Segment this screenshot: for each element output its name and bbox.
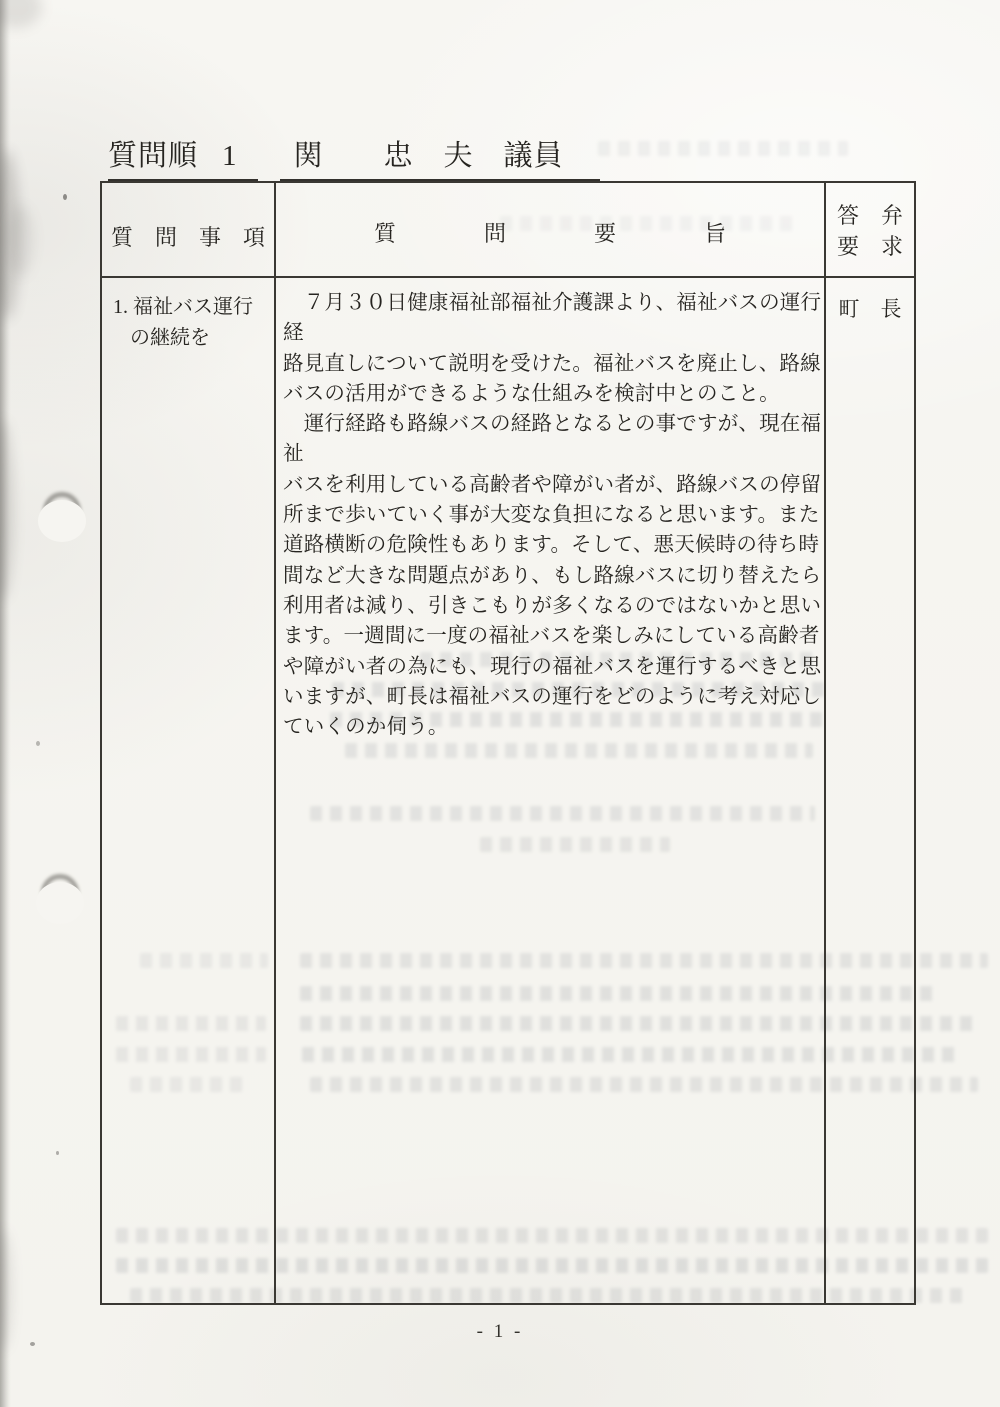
question-table: 質 問 事 項 質 問 要 旨 答 弁 要 求 1. 福祉バス運行 の継続を ７… [100, 181, 916, 1305]
answer-target-cell: 町 長 [826, 278, 914, 1303]
document-header: 質問順1関 忠 夫 議員 [108, 133, 600, 181]
question-item-title: 1. 福祉バス運行 [113, 292, 270, 323]
ink-speck [63, 194, 67, 200]
paper-blotch [8, 205, 34, 277]
col-header-question-item: 質 問 事 項 [102, 183, 276, 278]
ink-speck [36, 741, 40, 746]
col-header-answer-request: 答 弁 要 求 [826, 183, 914, 278]
question-order: 質問順1 [108, 133, 258, 181]
question-order-number: 1 [222, 140, 238, 172]
col-header-question-summary: 質 問 要 旨 [276, 183, 826, 278]
question-summary-cell: ７月３０日健康福祉部福祉介護課より、福祉バスの運行経 路見直しについて説明を受け… [276, 278, 826, 1303]
question-order-label: 質問順 [108, 140, 198, 172]
ink-speck [56, 1151, 59, 1155]
answer-request-line2: 要 求 [837, 236, 903, 258]
scanned-page: 質問順1関 忠 夫 議員 質 問 事 項 質 問 要 旨 答 弁 要 求 1. … [0, 0, 1000, 1407]
question-item-title-cont: の継続を [113, 323, 270, 354]
paper-blotch [0, 0, 42, 28]
hole-punch [41, 874, 79, 912]
answer-request-line1: 答 弁 [837, 205, 903, 227]
bleedthrough-line [598, 141, 848, 156]
hole-punch [43, 492, 81, 530]
page-number: - 1 - [0, 1321, 1000, 1343]
member-name: 関 忠 夫 議員 [280, 133, 600, 181]
question-item-cell: 1. 福祉バス運行 の継続を [102, 278, 276, 1303]
paper-blotch [0, 420, 14, 600]
